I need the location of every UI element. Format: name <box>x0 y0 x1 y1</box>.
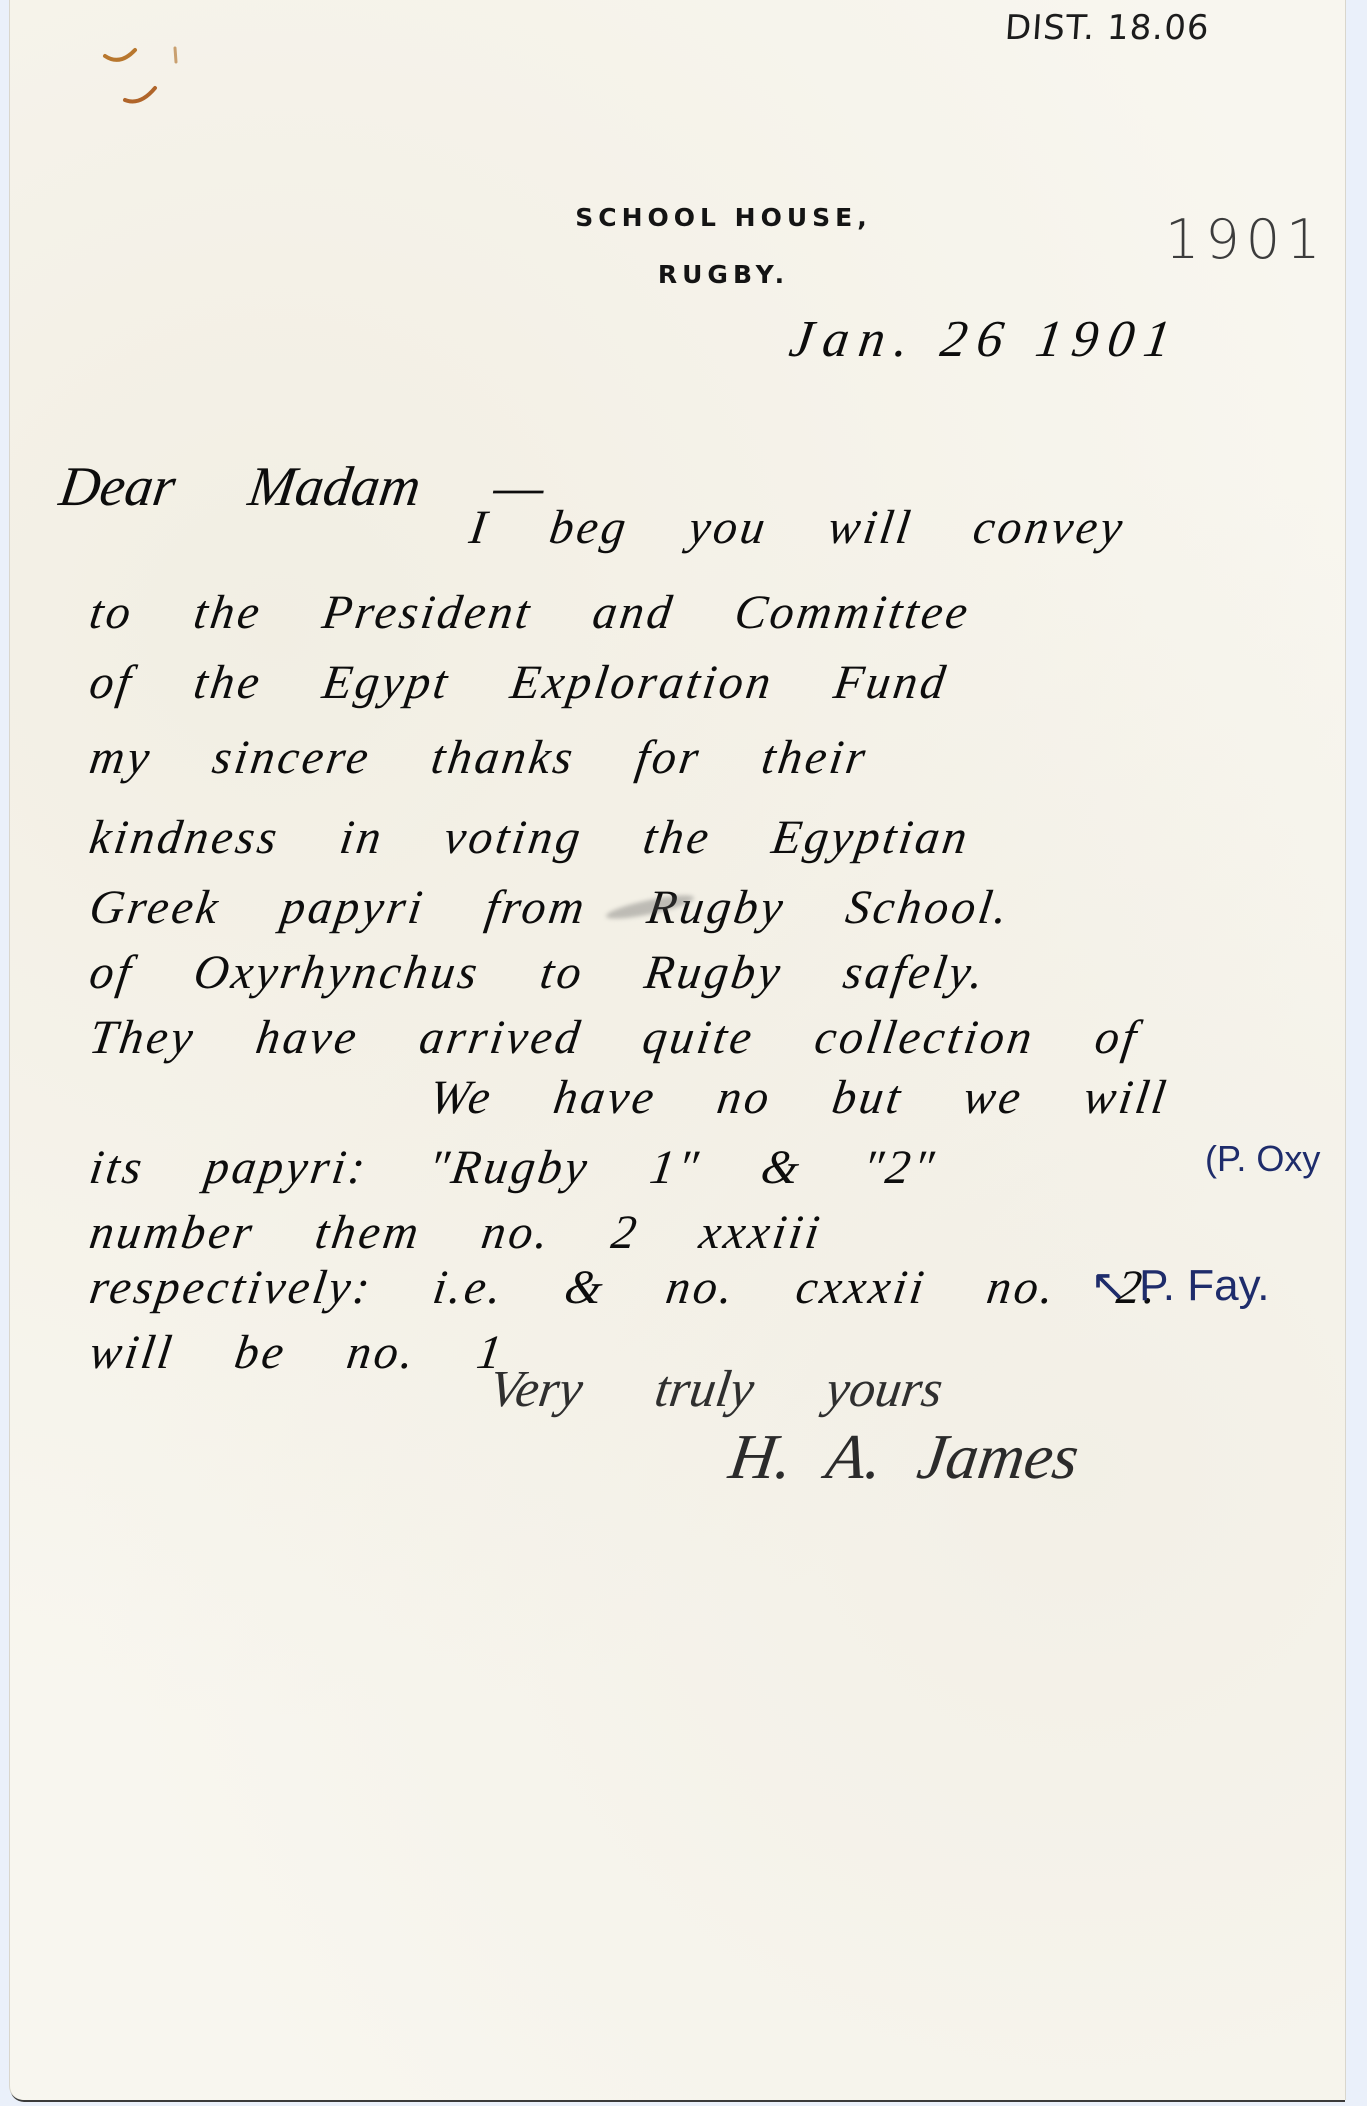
body-line: Greek papyri from Rugby School. <box>86 880 1014 935</box>
blue-ink-annotation-p-fay: ↖ P. Fay. <box>1090 1260 1270 1311</box>
body-line: my sincere thanks for their <box>86 730 872 785</box>
closing-line: Very truly yours <box>486 1360 946 1419</box>
body-line: We have no but we will <box>426 1070 1172 1125</box>
corner-tick-marks-icon <box>100 38 190 108</box>
body-line: respectively: i.e. & no. cxxxii no. 2. <box>86 1260 1163 1315</box>
pencil-year-annotation: 1901 <box>1165 208 1326 271</box>
body-line: to the President and Committee <box>86 585 974 640</box>
body-line: its papyri: "Rugby 1" & "2" <box>86 1140 940 1195</box>
signature: H. A. James <box>725 1420 1083 1494</box>
body-line: of Oxyrhynchus to Rugby safely. <box>86 945 990 1000</box>
letterhead-line-1: SCHOOL HOUSE, <box>0 203 1367 232</box>
letter-date: Jan. 26 1901 <box>786 310 1184 369</box>
body-line: number them no. 2 xxxiii <box>86 1205 826 1260</box>
scanned-document: DIST. 18.06 SCHOOL HOUSE, RUGBY. 1901 Ja… <box>0 0 1367 2106</box>
body-line: I beg you will convey <box>466 500 1129 555</box>
archive-reference-mark: DIST. 18.06 <box>1004 8 1211 48</box>
body-line: kindness in voting the Egyptian <box>86 810 973 865</box>
blue-ink-annotation-p-oxy: (P. Oxy <box>1205 1138 1320 1180</box>
body-line: They have arrived quite collection of <box>86 1010 1143 1065</box>
body-line: of the Egypt Exploration Fund <box>86 655 951 710</box>
letterhead-line-2: RUGBY. <box>0 260 1367 289</box>
body-line: will be no. 1 <box>86 1325 508 1380</box>
